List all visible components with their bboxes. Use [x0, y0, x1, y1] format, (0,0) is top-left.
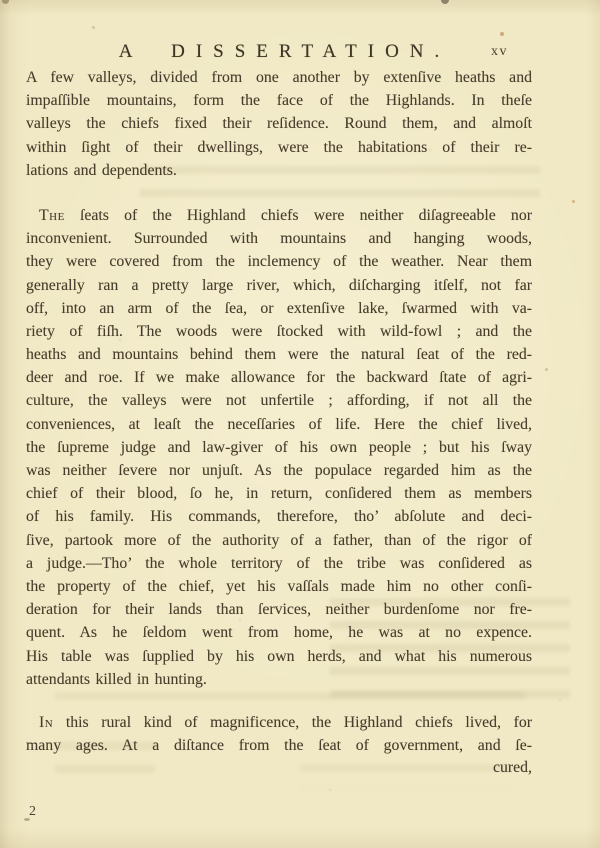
signature-mark: 2: [29, 804, 36, 820]
text-line: deration for their lands than ſervices, …: [26, 598, 532, 621]
text-line: within ſight of their dwellings, were th…: [26, 136, 532, 159]
paragraph-lead-word: In: [39, 714, 53, 731]
paragraph: A few valleys, divided from one another …: [26, 66, 532, 182]
text-line: many ages. At a diſtance from the ſeat o…: [26, 734, 532, 757]
text-line: off, into an arm of the ſea, or extenſiv…: [26, 297, 532, 320]
paper-speck: [572, 200, 575, 203]
text-line: quent. As he ſeldom went from home, he w…: [26, 621, 532, 644]
paper-speck: [545, 368, 548, 371]
text-line: conveniences, at leaſt the neceſſaries o…: [26, 413, 532, 436]
text-line: a judge.—Tho’ the whole territory of the…: [26, 552, 532, 575]
text-line: the property of the chief, yet his vaſſa…: [26, 575, 532, 598]
text-line: heaths and mountains behind them were th…: [26, 343, 532, 366]
text-line: they were covered from the inclemency of…: [26, 250, 532, 273]
text-line: valleys the chiefs fixed their reſidence…: [26, 112, 532, 135]
text-line: The ſeats of the Highland chiefs were ne…: [26, 204, 532, 227]
paragraph: The ſeats of the Highland chiefs were ne…: [26, 204, 532, 691]
text-line: inconvenient. Surrounded with mountains …: [26, 227, 532, 250]
text-line: impaſſible mountains, form the face of t…: [26, 89, 532, 112]
text-line: the ſupreme judge and law-giver of his o…: [26, 436, 532, 459]
text-line: A few valleys, divided from one another …: [26, 66, 532, 89]
text-line: His table was ſupplied by his own herds,…: [26, 645, 532, 668]
text-line: chief of their blood, ſo he, in return, …: [26, 482, 532, 505]
text-line: culture, the valleys were not unfertile …: [26, 389, 532, 412]
text-line: deer and roe. If we make allowance for t…: [26, 366, 532, 389]
catchword-row: cured,: [26, 756, 532, 779]
text-line: ſive, partook more of the authority of a…: [26, 529, 532, 552]
text-line: lations and dependents.: [26, 159, 532, 182]
paragraph: In this rural kind of magnificence, the …: [26, 711, 532, 757]
body-text-block: A few valleys, divided from one another …: [26, 0, 532, 757]
text-line: was neither ſevere nor unjuſt. As the po…: [26, 459, 532, 482]
catchword: cured,: [493, 759, 532, 776]
text-line: attendants killed in hunting.: [26, 668, 532, 691]
paragraph-lead-word: The: [39, 207, 65, 224]
text-line: riety of fiſh. The woods were ſtocked wi…: [26, 320, 532, 343]
text-line: In this rural kind of magnificence, the …: [26, 711, 532, 734]
paper-speck: [2, 0, 9, 4]
text-line: generally ran a pretty large river, whic…: [26, 274, 532, 297]
text-line: of his family. His commands, therefore, …: [26, 505, 532, 528]
book-page: A DISSERTATION. xv A few valleys, divide…: [0, 0, 600, 848]
